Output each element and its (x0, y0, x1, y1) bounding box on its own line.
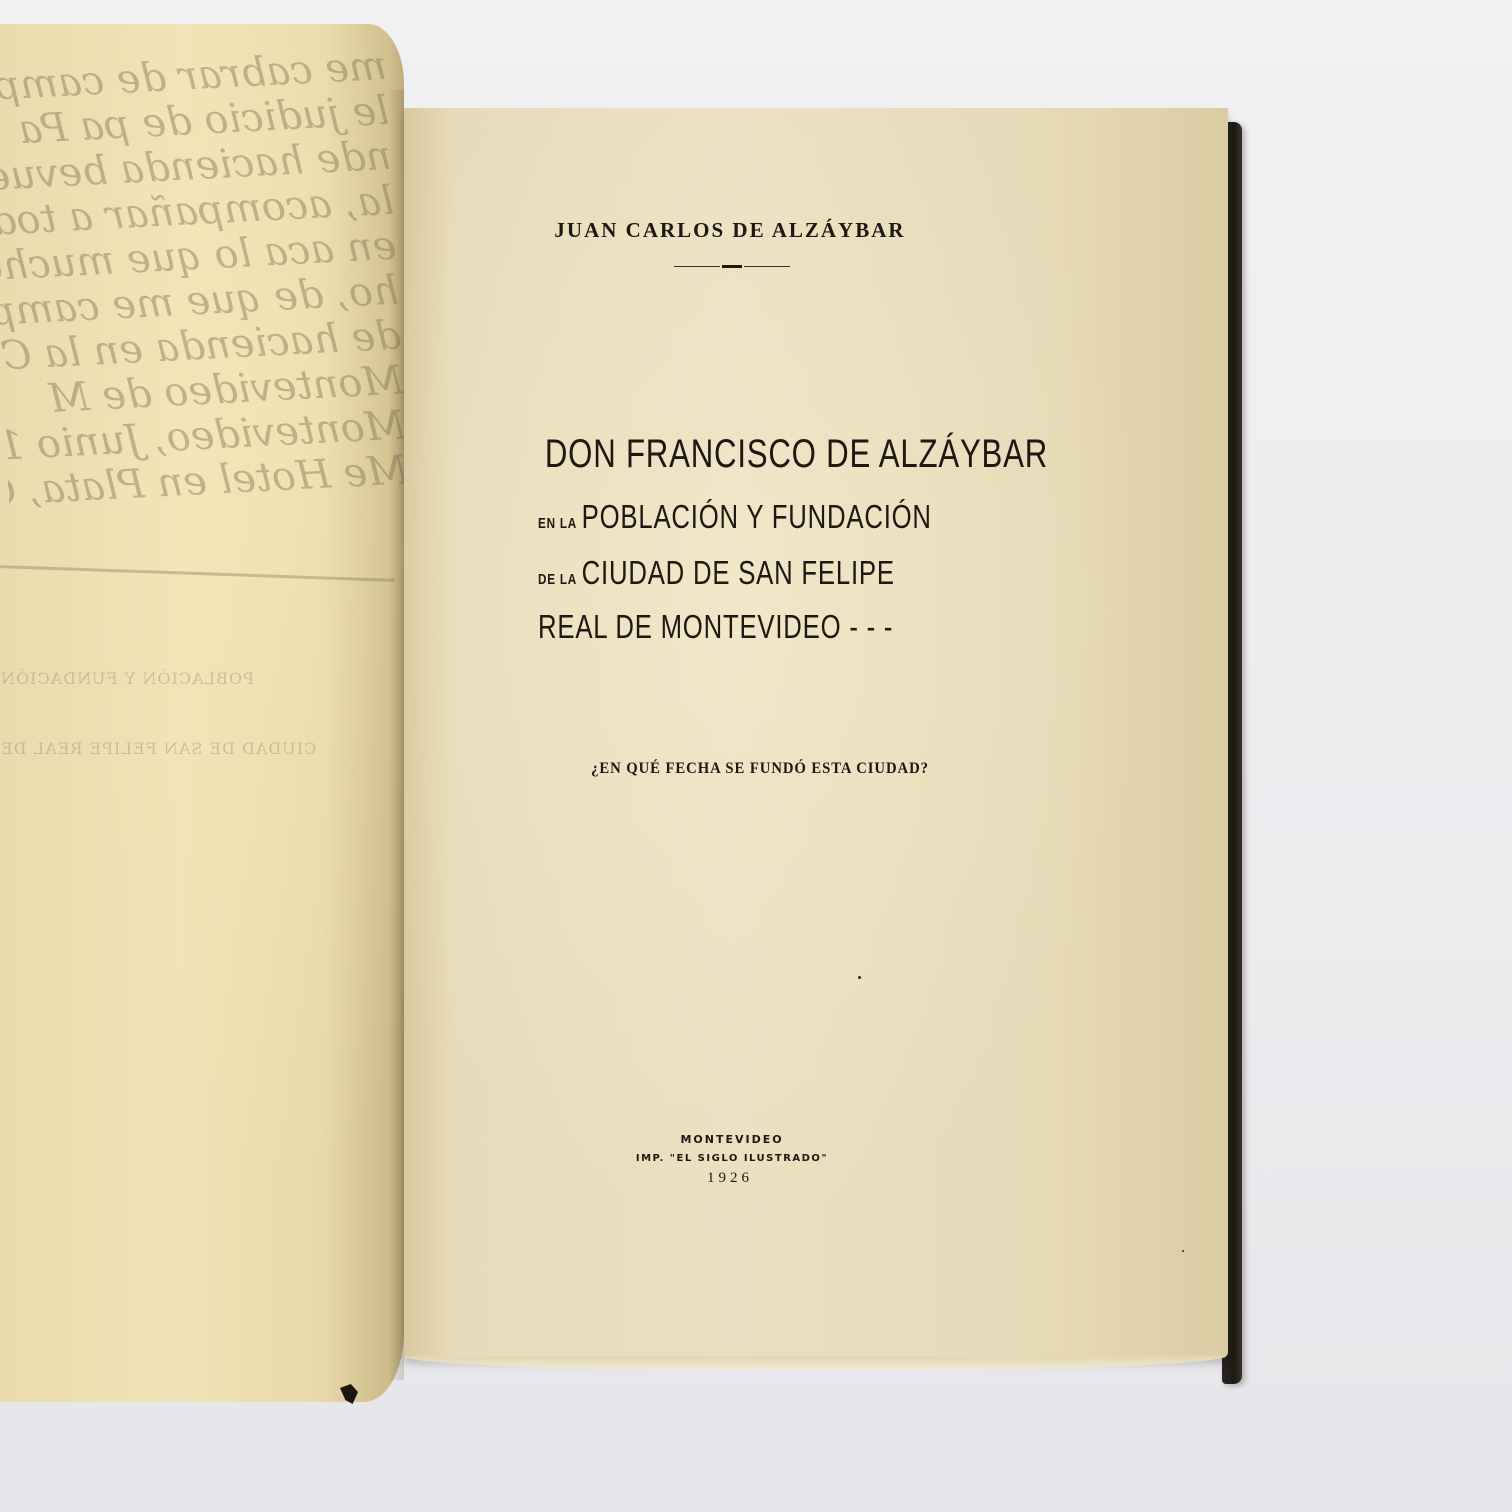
subtitle-prefix: EN LA (538, 515, 577, 532)
imprint-press: IMP. "EL SIGLO ILUSTRADO" (320, 1153, 1144, 1164)
subtitle-text: POBLACIÓN Y FUNDACIÓN (582, 498, 932, 535)
subtitle-prefix: DE LA (538, 571, 577, 588)
subtitle-text: REAL DE MONTEVIDEO - - - (538, 608, 893, 645)
ornament-rule-left (674, 266, 720, 267)
handwriting-bleed-through: me cabrar de campo le judicio de pa Pa n… (0, 44, 414, 604)
ornament-rule-center (722, 265, 742, 268)
imprint-city: MONTEVIDEO (320, 1133, 1144, 1146)
paper-speck (858, 976, 861, 979)
author-name: JUAN CARLOS DE ALZÁYBAR (318, 218, 1142, 243)
subtitle-question: ¿EN QUÉ FECHA SE FUNDÓ ESTA CIUDAD? (381, 760, 1139, 778)
page-bottom-edge (404, 1356, 1224, 1370)
imprint-year: 1926 (318, 1170, 1142, 1187)
ghost-print-line: POBLACIÓN Y FUNDACIÓN (0, 644, 340, 714)
subtitle-line-1: EN LAPOBLACIÓN Y FUNDACIÓN (538, 498, 1006, 536)
subtitle-line-3: REAL DE MONTEVIDEO - - - (538, 608, 1006, 646)
subtitle-text: CIUDAD DE SAN FELIPE (582, 554, 895, 591)
subtitle-line-2: DE LACIUDAD DE SAN FELIPE (538, 554, 1006, 592)
paper-speck (1182, 1250, 1184, 1252)
book-title: DON FRANCISCO DE ALZÁYBAR (545, 432, 951, 477)
ornament-rule (674, 265, 790, 269)
ghost-print-line: CIUDAD DE SAN FELIPE REAL DE (0, 714, 340, 784)
print-bleed-through: POBLACIÓN Y FUNDACIÓN CIUDAD DE SAN FELI… (0, 644, 340, 784)
book-photo: me cabrar de campo le judicio de pa Pa n… (0, 0, 1512, 1512)
ornament-rule-right (744, 266, 790, 267)
